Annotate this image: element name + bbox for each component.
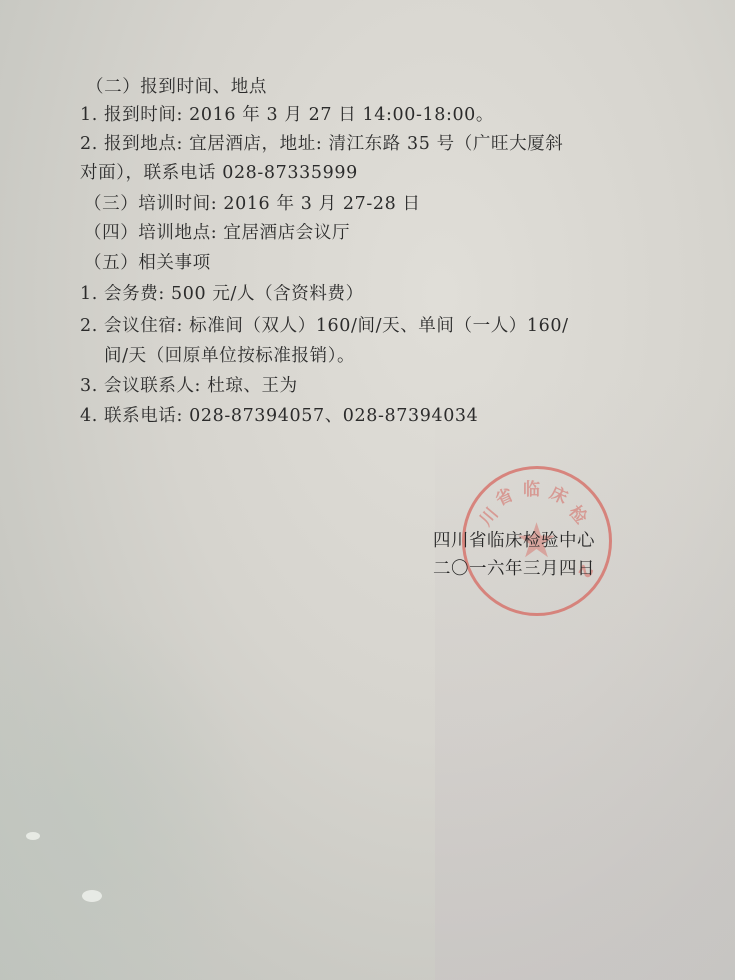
signature-organization: 四川省临床检验中心 <box>433 527 595 552</box>
section-5-item-2-line1: 2. 会议住宿: 标准间（双人）160/间/天、单间（一人）160/ <box>80 315 569 337</box>
section-2-item-2-line1: 2. 报到地点: 宜居酒店，地址: 清江东路 35 号（广旺大厦斜 <box>80 133 563 155</box>
section-5-heading: （五）相关事项 <box>84 252 211 274</box>
section-5-item-4: 4. 联系电话: 028-87394057、028-87394034 <box>80 405 478 427</box>
section-2-heading: （二）报到时间、地点 <box>86 76 267 98</box>
document-page: （二）报到时间、地点 1. 报到时间: 2016 年 3 月 27 日 14:0… <box>0 0 735 980</box>
paper-shadow <box>0 600 260 980</box>
section-5-item-1: 1. 会务费: 500 元/人（含资料费） <box>80 283 364 305</box>
signature-date: 二〇一六年三月四日 <box>433 555 595 580</box>
section-5-item-3: 3. 会议联系人: 杜琼、王为 <box>80 375 298 397</box>
section-2-item-2-line2: 对面），联系电话 028-87335999 <box>80 162 358 184</box>
section-2-item-1: 1. 报到时间: 2016 年 3 月 27 日 14:00-18:00。 <box>80 104 494 126</box>
paper-glare-spot <box>26 832 40 840</box>
section-4-heading: （四）培训地点: 宜居酒店会议厅 <box>84 222 350 244</box>
section-3-heading: （三）培训时间: 2016 年 3 月 27-28 日 <box>84 193 421 215</box>
section-5-item-2-line2: 间/天（回原单位按标准报销）。 <box>104 345 355 367</box>
paper-glare-spot <box>82 890 102 902</box>
